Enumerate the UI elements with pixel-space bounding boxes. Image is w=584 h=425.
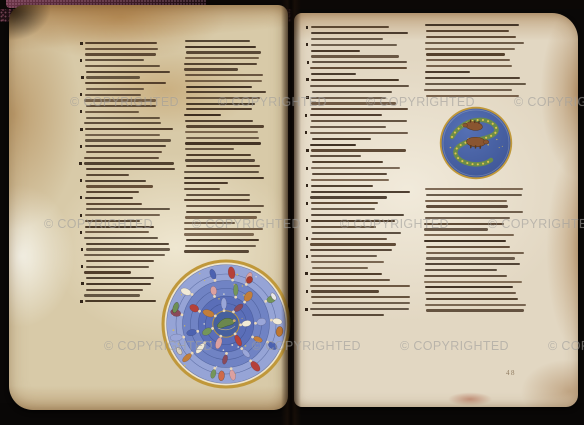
script-line [425,188,523,190]
script-line [184,114,221,116]
script-line [186,205,264,207]
script-line [85,111,139,113]
script-line [310,279,389,281]
script-line [311,226,376,228]
verse-initial-capital [306,78,308,81]
script-line [85,134,160,136]
script-line [424,228,488,230]
script-line [424,275,507,277]
verse-initial-capital [81,76,83,79]
script-line [185,74,263,76]
script-line [84,271,131,273]
script-line [426,298,518,300]
script-line [310,308,409,310]
script-line [86,208,170,210]
script-line [85,197,133,199]
script-line [85,65,160,67]
verse-initial-capital [306,202,308,205]
script-line [311,167,400,169]
script-line [424,281,522,283]
script-line [311,179,388,181]
script-line [85,53,156,55]
verse-initial-capital [306,184,308,187]
script-line [184,199,250,201]
script-line [186,137,260,139]
script-line [311,290,380,292]
script-line [84,122,161,124]
script-line [186,86,252,88]
script-line [185,40,250,42]
script-line [425,83,527,85]
script-line [311,44,397,46]
script-line [84,237,158,239]
script-line [185,216,257,218]
script-line [86,76,140,78]
script-line [426,246,510,248]
script-line [186,194,250,196]
verse-initial-capital [306,149,308,152]
script-line [84,157,158,159]
text-column-right-page-italian-verse [310,26,412,320]
script-line [426,36,515,38]
script-line [311,26,389,28]
script-line [425,269,497,271]
verse-initial-capital [305,114,307,117]
script-line [184,171,259,173]
script-line [85,139,171,141]
folio-number: 48 [506,369,516,377]
script-line [312,61,408,63]
script-line [84,294,140,296]
script-line [425,217,509,219]
script-line [311,220,395,222]
script-line [185,131,259,133]
script-line [424,240,506,242]
manuscript-photo: 48 © COPYRIGHTED© COPYRIGHTED© COPYRIGHT… [0,0,584,425]
script-line [86,117,160,119]
script-line [425,24,519,26]
verse-initial-capital [81,282,83,285]
script-line [310,273,382,275]
verse-initial-capital [305,308,307,311]
script-line [311,255,377,257]
script-line [310,144,355,146]
ursa-draco-medallion-miniature [437,104,515,187]
script-line [424,211,523,213]
script-line [85,82,166,84]
verse-initial-capital [80,214,82,217]
script-line [84,99,156,101]
script-line [184,188,220,190]
verse-initial-capital [306,290,308,293]
script-line [425,42,524,44]
script-line [85,94,141,96]
script-line [312,314,384,316]
script-line [184,68,238,70]
verse-initial-capital [80,179,82,182]
text-column-right-page-commentary-lower [424,188,526,315]
text-column-left-page-italian-verse [84,42,176,306]
script-line [86,71,170,73]
verse-initial-capital [306,255,308,258]
script-line [86,283,151,285]
script-line [310,126,386,128]
gutter-shadow [281,0,301,425]
script-line [426,205,508,207]
script-line [86,289,143,291]
script-line [184,63,257,65]
script-line [424,223,504,225]
verse-initial-capital [306,26,308,29]
script-line [185,245,256,247]
script-line [310,196,387,198]
script-line [85,226,154,228]
script-line [312,267,368,269]
script-line [86,203,142,205]
verse-initial-capital [305,131,307,134]
script-line [311,296,410,298]
planisphere-illustration [160,258,292,390]
script-line [425,286,514,288]
script-line [85,220,141,222]
script-line [310,243,396,245]
verse-initial-capital [305,272,307,275]
script-line [425,48,515,50]
verse-initial-capital [307,61,309,64]
script-line [426,257,515,259]
script-line [311,202,378,204]
script-line [426,30,509,32]
script-line [310,114,382,116]
verse-initial-capital [80,59,82,62]
script-line [86,174,129,176]
script-line [312,173,387,175]
script-line [86,88,145,90]
script-line [426,95,519,97]
script-line [425,292,516,294]
script-line [185,80,263,82]
script-line [86,266,149,268]
script-line [312,161,383,163]
script-line [185,120,254,122]
script-line [185,148,234,150]
script-line [85,231,149,233]
verse-initial-capital [81,248,83,251]
script-line [310,132,408,134]
script-line [185,57,259,59]
verse-initial-capital [80,231,82,234]
script-line [86,260,155,262]
verse-initial-capital [306,167,308,170]
script-line [186,125,264,127]
script-line [311,238,388,240]
script-line [85,180,147,182]
script-line [426,65,512,67]
script-line [311,185,373,187]
verse-initial-capital [79,162,81,165]
script-line [85,128,173,130]
verse-initial-capital [80,110,82,113]
medallion-illustration [437,104,515,182]
script-line [184,182,228,184]
script-line [425,77,520,79]
script-line [310,67,407,69]
script-line [311,38,383,40]
script-line [186,239,259,241]
script-line [424,234,514,236]
script-line [85,59,144,61]
script-line [185,142,261,144]
script-line [86,105,156,107]
verse-initial-capital [306,237,308,240]
script-line [426,53,506,55]
celestial-planisphere-miniature [160,258,292,395]
script-line [311,208,375,210]
verse-initial-capital [306,43,308,46]
script-line [424,89,512,91]
script-line [186,91,266,93]
script-line [311,50,360,52]
script-line [185,159,255,161]
verse-initial-capital [80,145,82,148]
script-line [186,165,260,167]
script-line [311,214,403,216]
script-line [310,285,410,287]
script-line [425,304,527,306]
verse-initial-capital [80,93,82,96]
script-line [186,51,260,53]
script-line [186,211,261,213]
script-line [312,91,392,93]
script-line [184,222,235,224]
script-line [311,79,399,81]
script-line [426,59,510,61]
script-line [185,46,256,48]
script-line [311,55,400,57]
script-line [85,214,160,216]
script-line [186,108,252,110]
script-line [184,233,254,235]
verse-initial-capital [81,265,83,268]
script-line [86,248,170,250]
script-line [184,250,248,252]
script-line [86,277,154,279]
script-line [312,232,402,234]
script-line [186,154,251,156]
script-line [86,243,170,245]
verse-initial-capital [306,219,308,222]
script-line [425,263,521,265]
script-line [310,155,361,157]
script-line [186,103,256,105]
script-line [312,138,371,140]
verse-initial-capital [80,42,82,45]
script-line [311,191,410,193]
script-line [425,71,469,73]
script-line [184,177,263,179]
script-line [84,162,174,164]
script-line [311,73,356,75]
script-line [186,97,260,99]
script-line [85,48,158,50]
text-column-right-page-commentary-upper [424,24,526,100]
verse-initial-capital [80,196,82,199]
script-line [311,32,408,34]
script-line [311,97,386,99]
script-line [85,145,166,147]
verse-initial-capital [306,96,308,99]
script-line [311,102,396,104]
verse-initial-capital [80,128,82,131]
script-line [426,252,524,254]
script-line [311,261,383,263]
script-line [311,120,407,122]
script-line [84,254,165,256]
script-line [310,249,392,251]
script-line [86,151,162,153]
script-line [311,149,405,151]
verse-initial-capital [80,300,82,303]
script-line [86,168,175,170]
script-line [86,185,153,187]
script-line [85,300,155,302]
script-line [184,228,263,230]
text-column-left-page-latin-commentary [184,40,266,256]
script-line [426,194,522,196]
script-line [426,309,524,311]
script-line [311,108,409,110]
script-line [312,302,410,304]
script-line [86,191,140,193]
script-line [85,42,157,44]
script-line [425,200,506,202]
script-line [310,85,409,87]
